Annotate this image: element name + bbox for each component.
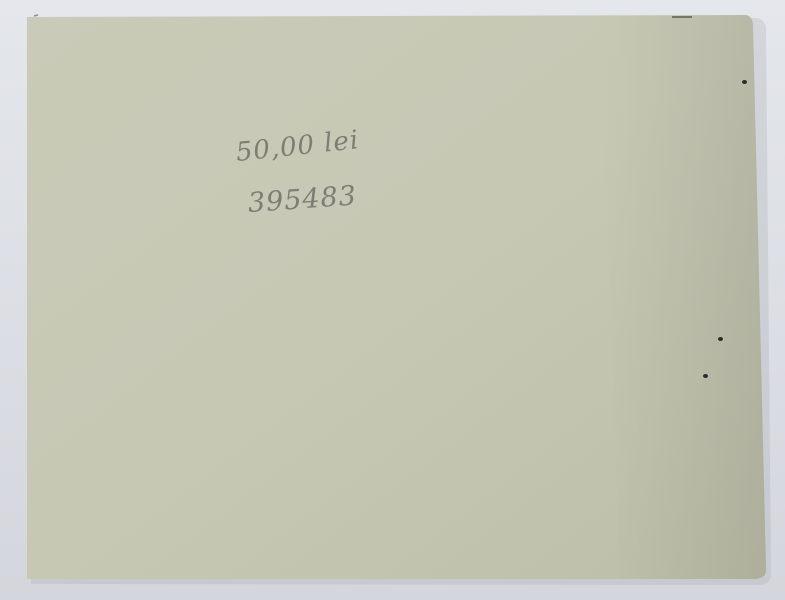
- cardboard-shape: [0, 0, 785, 600]
- pin-hole: [742, 80, 747, 84]
- pin-hole: [718, 337, 723, 341]
- cardboard-mount: [0, 0, 785, 600]
- pin-hole: [703, 374, 708, 378]
